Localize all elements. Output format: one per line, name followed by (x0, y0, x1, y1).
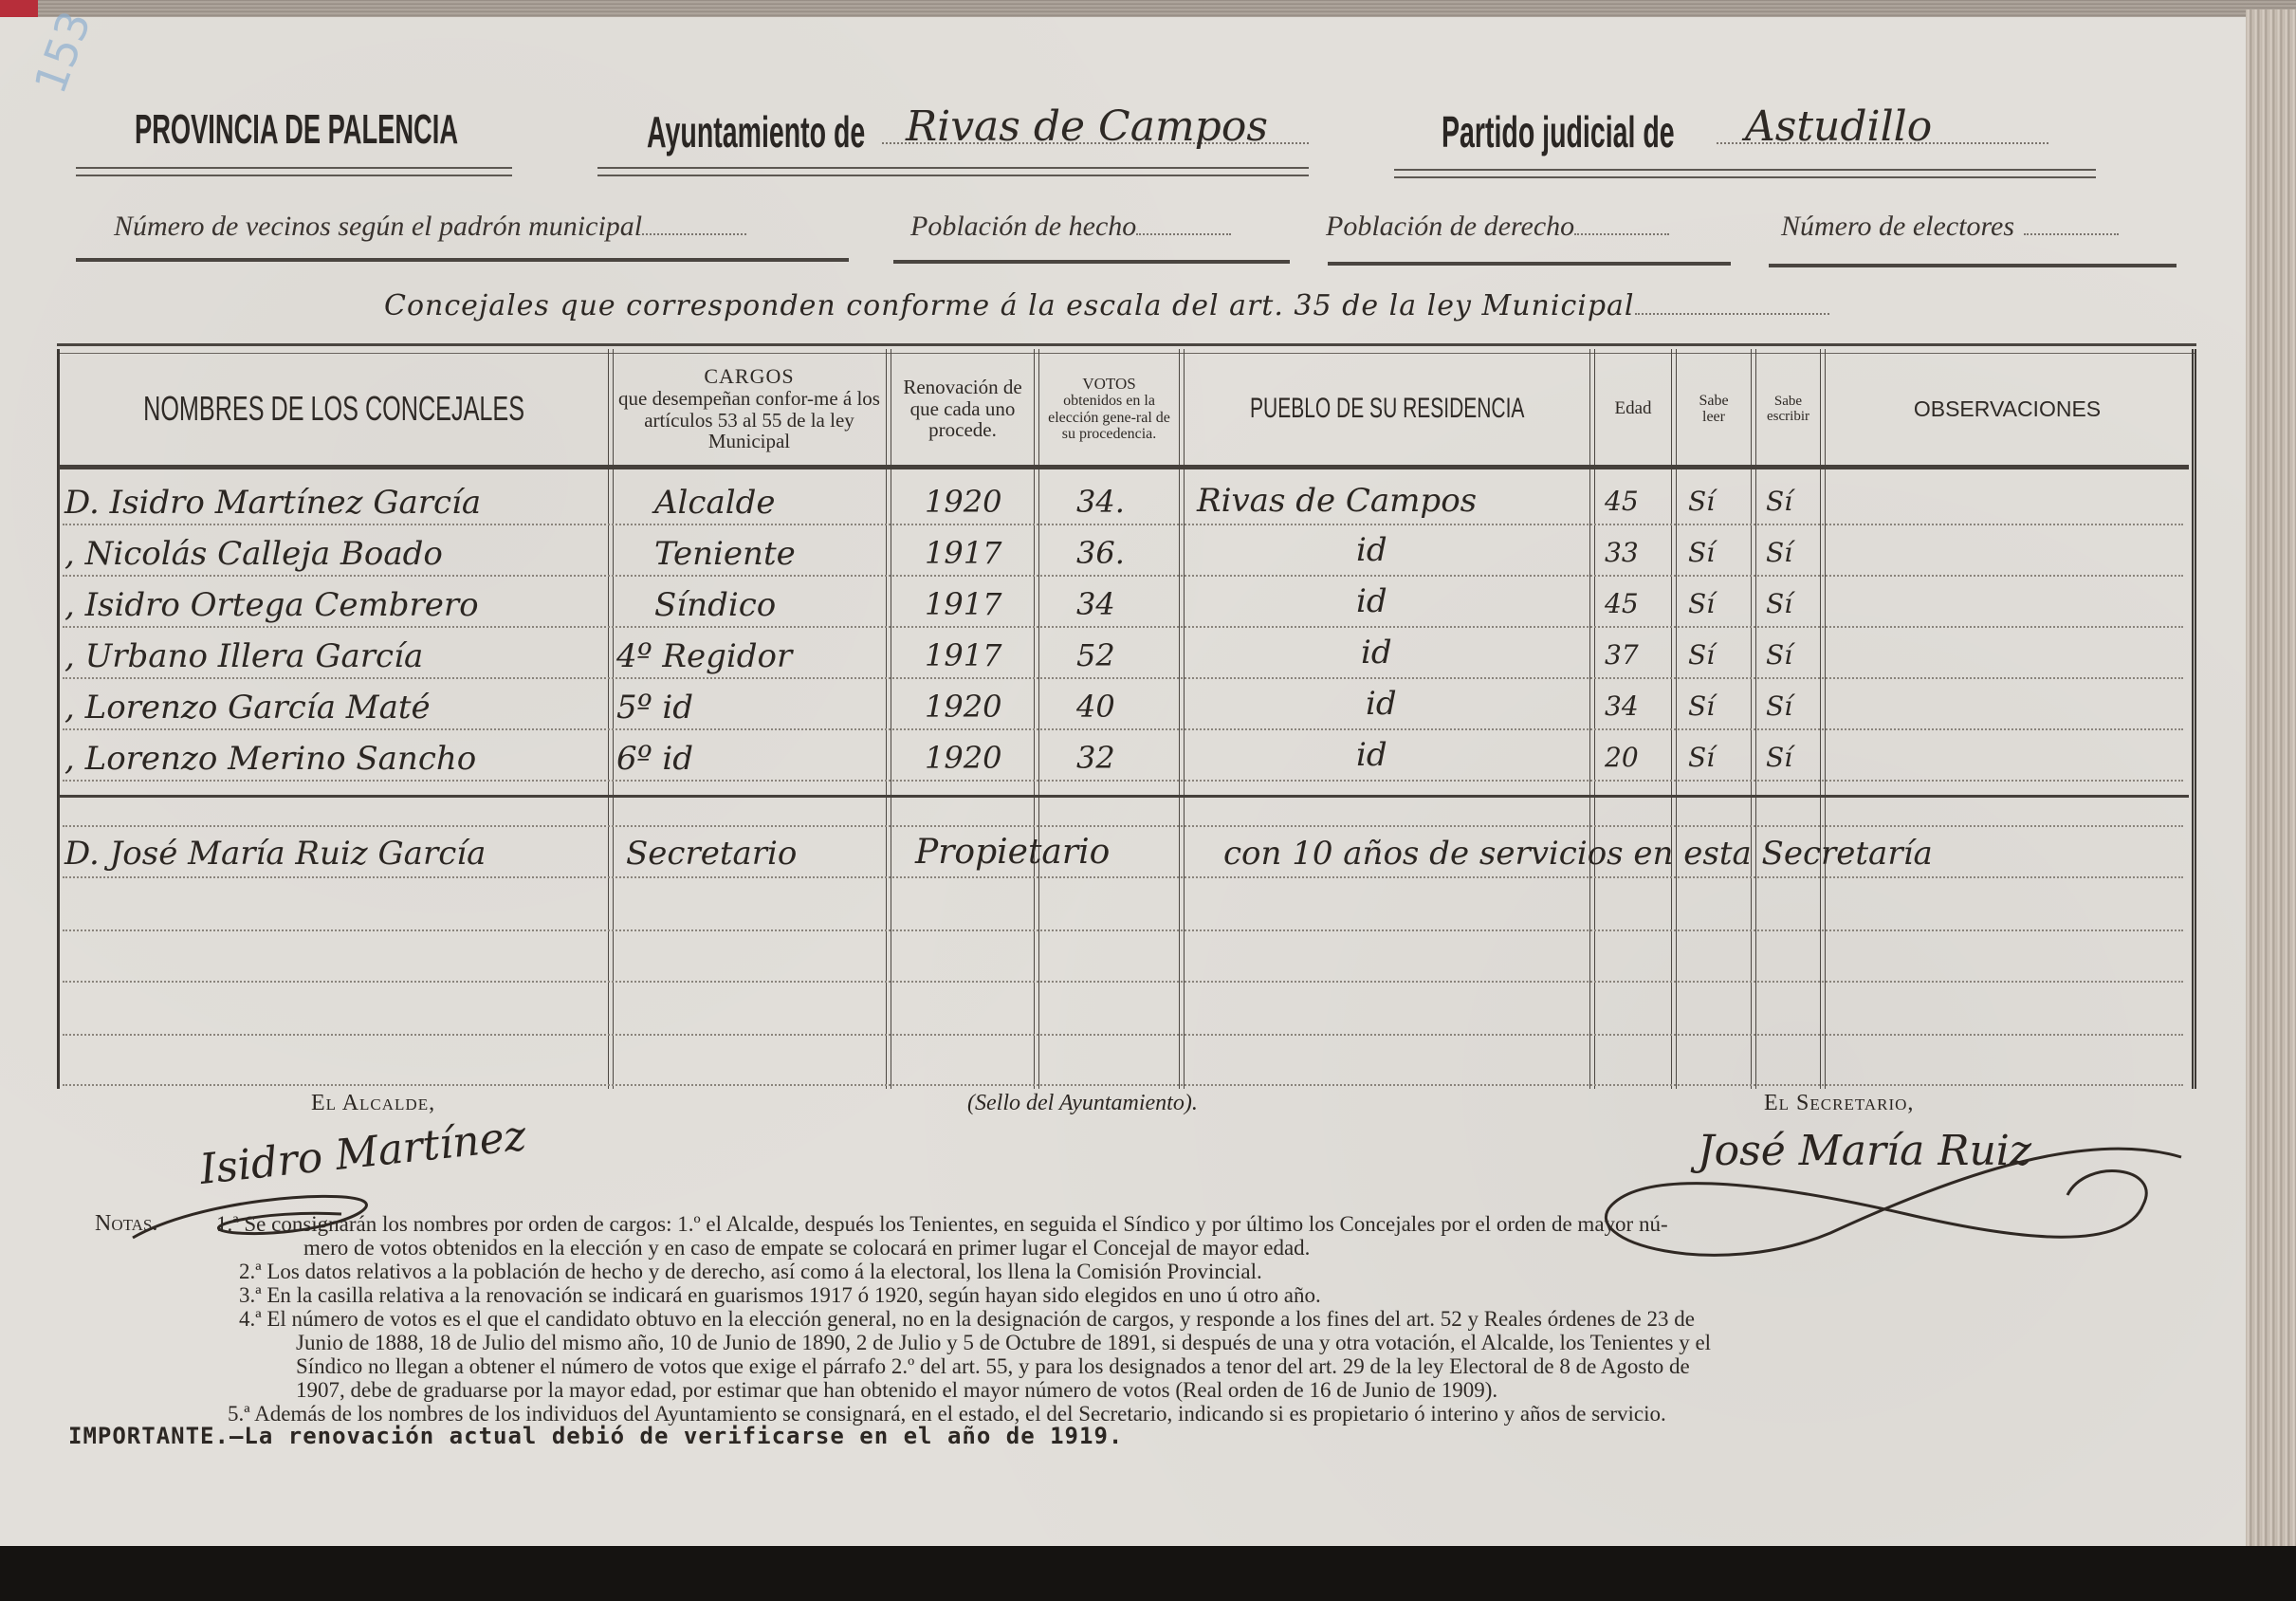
note-4-cont3: 1907, debe de graduarse por la mayor eda… (296, 1378, 1497, 1402)
th-votos-sub: obtenidos en la elección gene-ral de su … (1039, 393, 1179, 442)
electores-field[interactable] (2024, 233, 2119, 235)
cell-secretary-nombre: D. José María Ruiz García (64, 835, 486, 873)
partido-label: Partido judicial de (1442, 106, 1675, 157)
cell-cargo: Síndico (654, 586, 776, 624)
electores-rule (1769, 264, 2177, 267)
cell-votos: 34 (1076, 586, 1115, 622)
cell-votos: 40 (1076, 689, 1115, 725)
cell-pueblo: id (1356, 736, 1387, 774)
cell-nombre: D. Isidro Martínez García (64, 484, 481, 522)
cell-renovacion: 1917 (925, 586, 1001, 622)
vecinos-label-text: Número de vecinos según el padrón munici… (114, 211, 642, 242)
note-2-num: 2.ª (239, 1260, 262, 1283)
th-renovacion: Renovación de que cada uno procede. (891, 353, 1034, 465)
row-line (63, 825, 2183, 827)
cell-votos: 34. (1076, 484, 1125, 520)
row-line (63, 728, 2183, 730)
hecho-field[interactable] (1136, 233, 1231, 235)
alcalde-label: El Alcalde, (311, 1091, 435, 1116)
note-3-num: 3.ª (239, 1283, 262, 1307)
note-1-cont: mero de votos obtenidos en la elección y… (303, 1236, 1310, 1260)
subtitle: Concejales que corresponden conforme á l… (384, 289, 1829, 322)
electores-label-text: Número de electores (1781, 211, 2014, 242)
notes-label: Notas. (95, 1212, 157, 1236)
th-observaciones-text: OBSERVACIONES (1914, 397, 2101, 421)
ayuntamiento-value: Rivas de Campos (906, 102, 1268, 151)
cell-leer: Sí (1688, 588, 1715, 619)
row-line (63, 929, 2183, 931)
cell-pueblo: id (1366, 685, 1397, 723)
cell-secretary-note: con 10 años de servicios en esta Secreta… (1223, 835, 1933, 873)
cell-edad: 20 (1605, 742, 1639, 773)
partido-value: Astudillo (1745, 102, 1932, 151)
cell-renovacion: 1920 (925, 740, 1001, 776)
electores-label: Número de electores (1781, 211, 2119, 243)
cell-cargo: 6º id (616, 740, 693, 778)
cell-nombre: , Isidro Ortega Cembrero (64, 586, 479, 624)
note-1-num: 1.ª (216, 1212, 239, 1236)
cell-edad: 45 (1605, 588, 1639, 619)
th-votos-title: VOTOS (1082, 376, 1135, 393)
note-4-cont2: Síndico no llegan a obtener el número de… (296, 1354, 1690, 1378)
provincia-label: PROVINCIA DE PALENCIA (135, 106, 458, 154)
secretary-section-rule (59, 795, 2189, 798)
derecho-rule (1328, 262, 1731, 266)
cell-votos: 36. (1076, 535, 1125, 571)
derecho-field[interactable] (1574, 233, 1669, 235)
cell-nombre: , Lorenzo Merino Sancho (64, 740, 476, 778)
cell-leer: Sí (1688, 486, 1715, 517)
row-line (63, 677, 2183, 679)
hecho-label-text: Población de hecho (910, 211, 1136, 242)
cell-nombre: , Urbano Illera García (64, 637, 423, 675)
cell-votos: 32 (1076, 740, 1115, 776)
partido-rule (1394, 169, 2096, 178)
th-nombres: NOMBRES DE LOS CONCEJALES (61, 353, 607, 465)
cell-cargo: Alcalde (654, 484, 776, 522)
cell-leer: Sí (1688, 639, 1715, 671)
th-escribir: Sabe escribir (1756, 353, 1820, 465)
cell-votos: 52 (1076, 637, 1115, 673)
cell-edad: 37 (1605, 639, 1639, 671)
ayuntamiento-rule (597, 167, 1309, 176)
cell-secretary-status: Propietario (915, 833, 1110, 872)
subtitle-text: Concejales que corresponden conforme á l… (384, 289, 1635, 322)
cell-renovacion: 1920 (925, 484, 1001, 520)
table-header-rule (59, 465, 2189, 469)
th-escribir-text: Sabe escribir (1760, 394, 1816, 424)
row-line (63, 876, 2183, 878)
note-2: 2.ª Los datos relativos a la población d… (239, 1260, 1262, 1283)
th-observaciones: OBSERVACIONES (1826, 353, 2189, 465)
th-edad: Edad (1595, 353, 1671, 465)
cell-cargo: Teniente (654, 535, 796, 573)
note-3-text: En la casilla relativa a la renovación s… (266, 1283, 1320, 1307)
th-pueblo-text: PUEBLO DE SU RESIDENCIA (1250, 394, 1524, 424)
secretario-rubric-icon (1593, 1138, 2200, 1261)
row-line (63, 1034, 2183, 1036)
cell-escribir: Sí (1766, 690, 1792, 722)
th-cargos-sub: que desempeñan confor-me á los artículos… (613, 388, 886, 452)
cell-escribir: Sí (1766, 486, 1792, 517)
cell-renovacion: 1917 (925, 535, 1001, 571)
derecho-label: Población de derecho (1326, 211, 1669, 243)
cell-cargo: 4º Regidor (616, 637, 792, 675)
row-line (63, 575, 2183, 577)
th-pueblo: PUEBLO DE SU RESIDENCIA (1185, 353, 1589, 465)
cell-edad: 45 (1605, 486, 1639, 517)
note-4: 4.ª El número de votos es el que el cand… (239, 1307, 1695, 1331)
cell-edad: 33 (1605, 537, 1639, 568)
th-leer-text: Sabe leer (1690, 393, 1737, 426)
note-4-text: El número de votos es el que el candidat… (266, 1307, 1695, 1331)
cell-secretary-cargo: Secretario (626, 835, 797, 873)
secretario-label: El Secretario, (1764, 1091, 1914, 1116)
cell-leer: Sí (1688, 537, 1715, 568)
th-votos: VOTOS obtenidos en la elección gene-ral … (1039, 353, 1179, 465)
cell-renovacion: 1917 (925, 637, 1001, 673)
vecinos-field[interactable] (642, 233, 746, 235)
note-1-text: Se consignarán los nombres por orden de … (244, 1212, 1667, 1236)
cell-escribir: Sí (1766, 588, 1792, 619)
row-line (63, 780, 2183, 782)
hecho-label: Población de hecho (910, 211, 1231, 243)
cell-edad: 34 (1605, 690, 1639, 722)
important-note: IMPORTANTE.—La renovación actual debió d… (68, 1423, 1123, 1449)
cell-cargo: 5º id (616, 689, 693, 727)
th-leer: Sabe leer (1677, 353, 1751, 465)
cell-nombre: , Nicolás Calleja Boado (64, 535, 443, 573)
row-line (63, 1084, 2183, 1086)
th-nombres-text: NOMBRES DE LOS CONCEJALES (143, 391, 524, 428)
provincia-rule (76, 167, 512, 176)
hecho-rule (893, 260, 1290, 264)
cell-leer: Sí (1688, 742, 1715, 773)
cell-leer: Sí (1688, 690, 1715, 722)
cell-pueblo: id (1361, 634, 1392, 672)
th-edad-text: Edad (1614, 399, 1651, 419)
cell-escribir: Sí (1766, 537, 1792, 568)
cell-pueblo: id (1356, 582, 1387, 620)
th-cargos-title: CARGOS (704, 365, 794, 388)
note-4-num: 4.ª (239, 1307, 262, 1331)
cell-nombre: , Lorenzo García Maté (64, 689, 431, 727)
cell-renovacion: 1920 (925, 689, 1001, 725)
ayuntamiento-label: Ayuntamiento de (647, 106, 865, 157)
row-line (63, 626, 2183, 628)
th-cargos: CARGOS que desempeñan confor-me á los ar… (613, 353, 886, 465)
note-1: 1.ª Se consignarán los nombres por orden… (216, 1212, 1668, 1236)
sello-label: (Sello del Ayuntamiento). (967, 1091, 1198, 1116)
cell-escribir: Sí (1766, 639, 1792, 671)
cell-pueblo: Rivas de Campos (1197, 482, 1477, 520)
cell-pueblo: id (1356, 531, 1387, 569)
row-line (63, 981, 2183, 983)
book-page-stack (2246, 9, 2296, 1584)
vecinos-rule (76, 258, 849, 262)
book-shadow (0, 1546, 2296, 1601)
note-4-cont: Junio de 1888, 18 de Julio del mismo año… (296, 1331, 1711, 1354)
note-2-text: Los datos relativos a la población de he… (266, 1260, 1261, 1283)
note-3: 3.ª En la casilla relativa a la renovaci… (239, 1283, 1321, 1307)
subtitle-dots (1635, 313, 1829, 315)
th-renovacion-text: Renovación de que cada uno procede. (895, 377, 1030, 441)
row-line (63, 524, 2183, 525)
vecinos-label: Número de vecinos según el padrón munici… (114, 211, 746, 243)
cell-escribir: Sí (1766, 742, 1792, 773)
derecho-label-text: Población de derecho (1326, 211, 1574, 242)
